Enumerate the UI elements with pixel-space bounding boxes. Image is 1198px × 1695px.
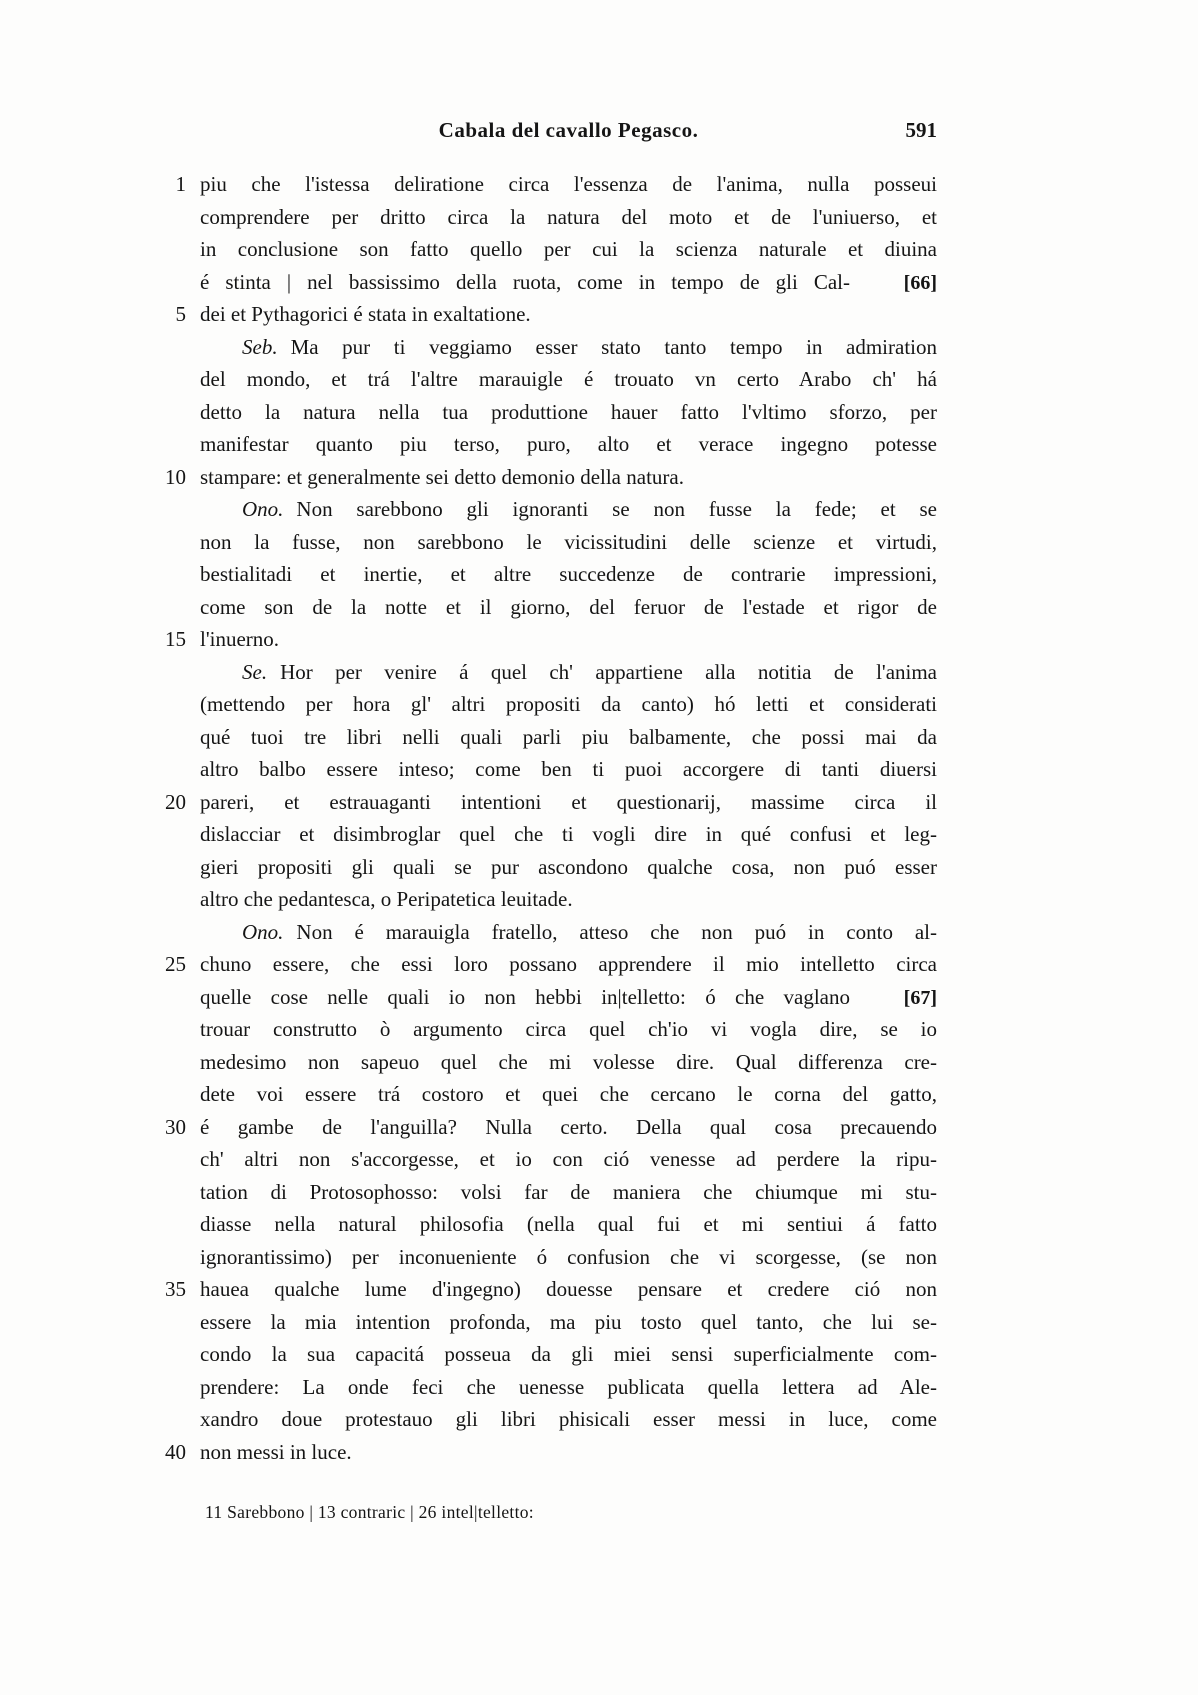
line-body: diasse nella natural philosofia (nella q…: [200, 1212, 937, 1236]
line-body: tation di Protosophosso: volsi far de ma…: [200, 1180, 937, 1204]
text-line-row: condo la sua capacitá posseua da gli mie…: [148, 1338, 1198, 1371]
line-body: l'inuerno.: [200, 627, 279, 651]
line-text: ch' altri non s'accorgesse, et io con ci…: [200, 1143, 937, 1176]
line-text: come son de la notte et il giorno, del f…: [200, 591, 937, 624]
line-text: Ono.Non é marauigla fratello, atteso che…: [200, 916, 937, 949]
line-text: Seb.Ma pur ti veggiamo esser stato tanto…: [200, 331, 937, 364]
line-body: chuno essere, che essi loro possano appr…: [200, 952, 937, 976]
text-line-row: in conclusione son fatto quello per cui …: [148, 233, 1198, 266]
line-body: Non é marauigla fratello, atteso che non…: [296, 920, 937, 944]
line-text: chuno essere, che essi loro possano appr…: [200, 948, 937, 981]
line-body: manifestar quanto piu terso, puro, alto …: [200, 432, 937, 456]
text-line-row: non la fusse, non sarebbono le vicissitu…: [148, 526, 1198, 559]
line-text: detto la natura nella tua produttione ha…: [200, 396, 937, 429]
text-line-row: dete voi essere trá costoro et quei che …: [148, 1078, 1198, 1111]
text-line-row: xandro doue protestauo gli libri phisica…: [148, 1403, 1198, 1436]
line-body: Ma pur ti veggiamo esser stato tanto tem…: [291, 335, 937, 359]
line-text: xandro doue protestauo gli libri phisica…: [200, 1403, 937, 1436]
speaker-label: Ono.: [242, 920, 283, 944]
line-body: non la fusse, non sarebbono le vicissitu…: [200, 530, 937, 554]
text-line-row: é stinta | nel bassissimo della ruota, c…: [148, 266, 1198, 299]
text-line-row: manifestar quanto piu terso, puro, alto …: [148, 428, 1198, 461]
line-body: é gambe de l'anguilla? Nulla certo. Dell…: [200, 1115, 937, 1139]
text-line-row: ch' altri non s'accorgesse, et io con ci…: [148, 1143, 1198, 1176]
text-line-row: bestialitadi et inertie, et altre succed…: [148, 558, 1198, 591]
text-line-row: 5 dei et Pythagorici é stata in exaltati…: [148, 298, 1198, 331]
line-text: qué tuoi tre libri nelli quali parli piu…: [200, 721, 937, 754]
line-text: medesimo non sapeuo quel che mi volesse …: [200, 1046, 937, 1079]
text-line-row: quelle cose nelle quali io non hebbi in|…: [148, 981, 1198, 1014]
text-line-row: essere la mia intention profonda, ma piu…: [148, 1306, 1198, 1339]
line-text: ignorantissimo) per inconueniente ó conf…: [200, 1241, 937, 1274]
line-number: 10: [148, 461, 200, 494]
line-text: del mondo, et trá l'altre marauigle é tr…: [200, 363, 937, 396]
line-number: 40: [148, 1436, 200, 1469]
line-body: essere la mia intention profonda, ma piu…: [200, 1310, 937, 1334]
line-body: come son de la notte et il giorno, del f…: [200, 595, 937, 619]
text-line-row: 15 l'inuerno.: [148, 623, 1198, 656]
line-text: é gambe de l'anguilla? Nulla certo. Dell…: [200, 1111, 937, 1144]
line-body: piu che l'istessa deliratione circa l'es…: [200, 172, 937, 196]
line-text: tation di Protosophosso: volsi far de ma…: [200, 1176, 937, 1209]
text-line-row: 25 chuno essere, che essi loro possano a…: [148, 948, 1198, 981]
margin-note: [66]: [850, 267, 937, 300]
line-body: quelle cose nelle quali io non hebbi in|…: [200, 985, 850, 1009]
line-text: bestialitadi et inertie, et altre succed…: [200, 558, 937, 591]
line-text: trouar construtto ò argumento circa quel…: [200, 1013, 937, 1046]
text-line-row: Ono.Non é marauigla fratello, atteso che…: [148, 916, 1198, 949]
line-body: dei et Pythagorici é stata in exaltation…: [200, 302, 531, 326]
text-line-row: 1 piu che l'istessa deliratione circa l'…: [148, 168, 1198, 201]
line-text: prendere: La onde feci che uenesse publi…: [200, 1371, 937, 1404]
line-text: dislacciar et disimbroglar quel che ti v…: [200, 818, 937, 851]
line-text: pareri, et estrauaganti intentioni et qu…: [200, 786, 937, 819]
line-body: trouar construtto ò argumento circa quel…: [200, 1017, 937, 1041]
line-body: comprendere per dritto circa la natura d…: [200, 205, 937, 229]
line-text: dei et Pythagorici é stata in exaltation…: [200, 298, 937, 331]
line-text: quelle cose nelle quali io non hebbi in|…: [200, 981, 850, 1014]
line-text: (mettendo per hora gl' altri propositi d…: [200, 688, 937, 721]
line-number: 30: [148, 1111, 200, 1144]
line-text: é stinta | nel bassissimo della ruota, c…: [200, 266, 850, 299]
text-line-row: trouar construtto ò argumento circa quel…: [148, 1013, 1198, 1046]
line-text: comprendere per dritto circa la natura d…: [200, 201, 937, 234]
line-text: non la fusse, non sarebbono le vicissitu…: [200, 526, 937, 559]
line-body: hauea qualche lume d'ingegno) douesse pe…: [200, 1277, 937, 1301]
line-number: 5: [148, 298, 200, 331]
line-text: stampare: et generalmente sei detto demo…: [200, 461, 937, 494]
line-text: non messi in luce.: [200, 1436, 937, 1469]
text-line-row: 40 non messi in luce.: [148, 1436, 1198, 1469]
line-text: dete voi essere trá costoro et quei che …: [200, 1078, 937, 1111]
line-body: prendere: La onde feci che uenesse publi…: [200, 1375, 937, 1399]
line-body: non messi in luce.: [200, 1440, 352, 1464]
margin-note: [67]: [850, 982, 937, 1015]
line-text: gieri propositi gli quali se pur ascondo…: [200, 851, 937, 884]
text-line-row: 10 stampare: et generalmente sei detto d…: [148, 461, 1198, 494]
text-line-row: Seb.Ma pur ti veggiamo esser stato tanto…: [148, 331, 1198, 364]
page-number: 591: [906, 118, 938, 143]
text-line-row: altro balbo essere inteso; come ben ti p…: [148, 753, 1198, 786]
line-body: gieri propositi gli quali se pur ascondo…: [200, 855, 937, 879]
line-text: condo la sua capacitá posseua da gli mie…: [200, 1338, 937, 1371]
text-block: 1 piu che l'istessa deliratione circa l'…: [148, 168, 1198, 1468]
text-line-row: tation di Protosophosso: volsi far de ma…: [148, 1176, 1198, 1209]
speaker-label: Seb.: [242, 335, 278, 359]
line-body: del mondo, et trá l'altre marauigle é tr…: [200, 367, 937, 391]
line-body: xandro doue protestauo gli libri phisica…: [200, 1407, 937, 1431]
line-body: medesimo non sapeuo quel che mi volesse …: [200, 1050, 937, 1074]
text-line-row: 20 pareri, et estrauaganti intentioni et…: [148, 786, 1198, 819]
text-line-row: ignorantissimo) per inconueniente ó conf…: [148, 1241, 1198, 1274]
line-number: 1: [148, 168, 200, 201]
line-body: altro balbo essere inteso; come ben ti p…: [200, 757, 937, 781]
text-line-row: 35 hauea qualche lume d'ingegno) douesse…: [148, 1273, 1198, 1306]
line-text: piu che l'istessa deliratione circa l'es…: [200, 168, 937, 201]
text-line-row: altro che pedantesca, o Peripatetica leu…: [148, 883, 1198, 916]
speaker-label: Se.: [242, 660, 267, 684]
text-line-row: prendere: La onde feci che uenesse publi…: [148, 1371, 1198, 1404]
line-body: bestialitadi et inertie, et altre succed…: [200, 562, 937, 586]
running-head: Cabala del cavallo Pegasco. 591: [200, 118, 937, 148]
line-text: in conclusione son fatto quello per cui …: [200, 233, 937, 266]
text-line-row: Ono.Non sarebbono gli ignoranti se non f…: [148, 493, 1198, 526]
line-body: pareri, et estrauaganti intentioni et qu…: [200, 790, 937, 814]
line-number: 15: [148, 623, 200, 656]
line-number: 20: [148, 786, 200, 819]
line-text: diasse nella natural philosofia (nella q…: [200, 1208, 937, 1241]
running-title: Cabala del cavallo Pegasco.: [200, 118, 937, 143]
text-line-row: comprendere per dritto circa la natura d…: [148, 201, 1198, 234]
line-body: dete voi essere trá costoro et quei che …: [200, 1082, 937, 1106]
text-line-row: come son de la notte et il giorno, del f…: [148, 591, 1198, 624]
line-body: qué tuoi tre libri nelli quali parli piu…: [200, 725, 937, 749]
text-line-row: del mondo, et trá l'altre marauigle é tr…: [148, 363, 1198, 396]
apparatus-note: 11 Sarebbono | 13 contraric | 26 intel|t…: [205, 1502, 1198, 1523]
line-body: ch' altri non s'accorgesse, et io con ci…: [200, 1147, 937, 1171]
text-line-row: gieri propositi gli quali se pur ascondo…: [148, 851, 1198, 884]
speaker-label: Ono.: [242, 497, 283, 521]
line-text: altro balbo essere inteso; come ben ti p…: [200, 753, 937, 786]
text-line-row: diasse nella natural philosofia (nella q…: [148, 1208, 1198, 1241]
text-line-row: dislacciar et disimbroglar quel che ti v…: [148, 818, 1198, 851]
line-number: 35: [148, 1273, 200, 1306]
line-text: essere la mia intention profonda, ma piu…: [200, 1306, 937, 1339]
line-text: Ono.Non sarebbono gli ignoranti se non f…: [200, 493, 937, 526]
text-line-row: 30 é gambe de l'anguilla? Nulla certo. D…: [148, 1111, 1198, 1144]
line-body: Non sarebbono gli ignoranti se non fusse…: [296, 497, 937, 521]
line-body: stampare: et generalmente sei detto demo…: [200, 465, 684, 489]
text-line-row: medesimo non sapeuo quel che mi volesse …: [148, 1046, 1198, 1079]
line-body: ignorantissimo) per inconueniente ó conf…: [200, 1245, 937, 1269]
text-line-row: (mettendo per hora gl' altri propositi d…: [148, 688, 1198, 721]
line-text: manifestar quanto piu terso, puro, alto …: [200, 428, 937, 461]
line-body: (mettendo per hora gl' altri propositi d…: [200, 692, 937, 716]
line-text: l'inuerno.: [200, 623, 937, 656]
line-number: 25: [148, 948, 200, 981]
line-body: dislacciar et disimbroglar quel che ti v…: [200, 822, 937, 846]
text-line-row: qué tuoi tre libri nelli quali parli piu…: [148, 721, 1198, 754]
line-body: condo la sua capacitá posseua da gli mie…: [200, 1342, 937, 1366]
line-text: Se.Hor per venire á quel ch' appartiene …: [200, 656, 937, 689]
line-body: detto la natura nella tua produttione ha…: [200, 400, 937, 424]
line-body: in conclusione son fatto quello per cui …: [200, 237, 937, 261]
line-body: é stinta | nel bassissimo della ruota, c…: [200, 270, 850, 294]
line-body: altro che pedantesca, o Peripatetica leu…: [200, 887, 573, 911]
line-text: altro che pedantesca, o Peripatetica leu…: [200, 883, 937, 916]
text-line-row: Se.Hor per venire á quel ch' appartiene …: [148, 656, 1198, 689]
text-line-row: detto la natura nella tua produttione ha…: [148, 396, 1198, 429]
book-page: Cabala del cavallo Pegasco. 591 1 piu ch…: [0, 0, 1198, 1695]
line-body: Hor per venire á quel ch' appartiene all…: [280, 660, 937, 684]
line-text: hauea qualche lume d'ingegno) douesse pe…: [200, 1273, 937, 1306]
